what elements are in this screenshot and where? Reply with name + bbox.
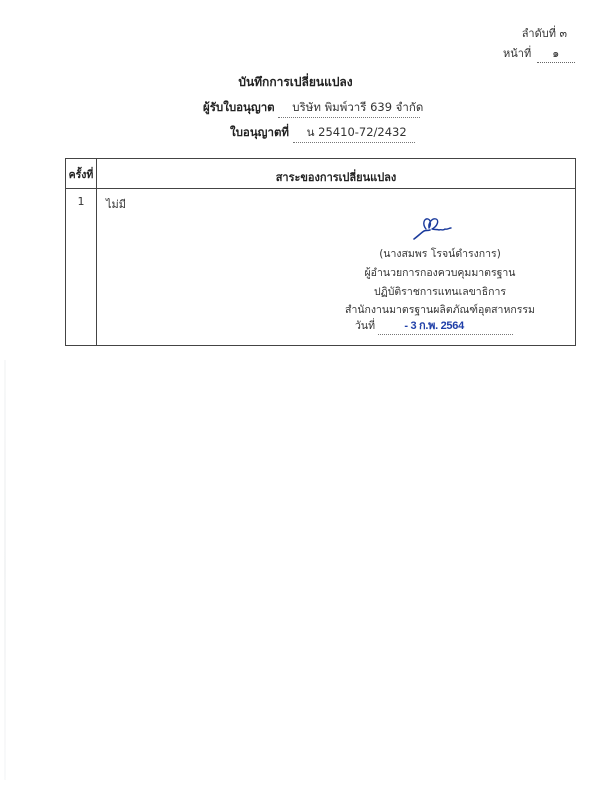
- date-row: วันที่ - 3 ก.พ. 2564: [355, 316, 513, 335]
- page-number-value: ๑: [537, 44, 575, 63]
- document-title: บันทึกการเปลี่ยนแปลง: [0, 73, 591, 92]
- date-stamp: - 3 ก.พ. 2564: [378, 316, 513, 335]
- scan-edge-shadow: [4, 360, 6, 780]
- signature-icon: [412, 212, 452, 242]
- date-label: วันที่: [355, 317, 375, 334]
- license-number-value: น 25410-72/2432: [293, 124, 415, 143]
- table-row-no: 1: [66, 195, 96, 208]
- licensee-row: ผู้รับใบอนุญาต บริษัท พิมพ์วารี 639 จำกั…: [203, 99, 420, 118]
- signatory-name: (นางสมพร โรจน์ดำรงการ): [340, 244, 540, 264]
- licensee-value: บริษัท พิมพ์วารี 639 จำกัด: [278, 99, 420, 118]
- page-number-label: หน้าที่: [503, 44, 531, 62]
- licensee-label: ผู้รับใบอนุญาต: [203, 99, 275, 117]
- header-divider: [66, 188, 575, 189]
- table-row-content: ไม่มี: [106, 195, 126, 213]
- page-number: หน้าที่ ๑: [503, 44, 575, 63]
- sequence-number: ลำดับที่ ๓: [522, 24, 567, 42]
- license-number-label: ใบอนุญาตที่: [230, 124, 289, 142]
- signatory-position-1: ผู้อำนวยการกองควบคุมมาตรฐาน: [340, 263, 540, 283]
- signatory-position-2: ปฏิบัติราชการแทนเลขาธิการ: [340, 282, 540, 302]
- license-number-row: ใบอนุญาตที่ น 25410-72/2432: [230, 124, 415, 143]
- column-header-content: สาระของการเปลี่ยนแปลง: [97, 168, 575, 186]
- document-page: ลำดับที่ ๓ หน้าที่ ๑ บันทึกการเปลี่ยนแปล…: [0, 0, 591, 788]
- column-divider: [96, 159, 97, 345]
- column-header-no: ครั้งที่: [66, 166, 96, 183]
